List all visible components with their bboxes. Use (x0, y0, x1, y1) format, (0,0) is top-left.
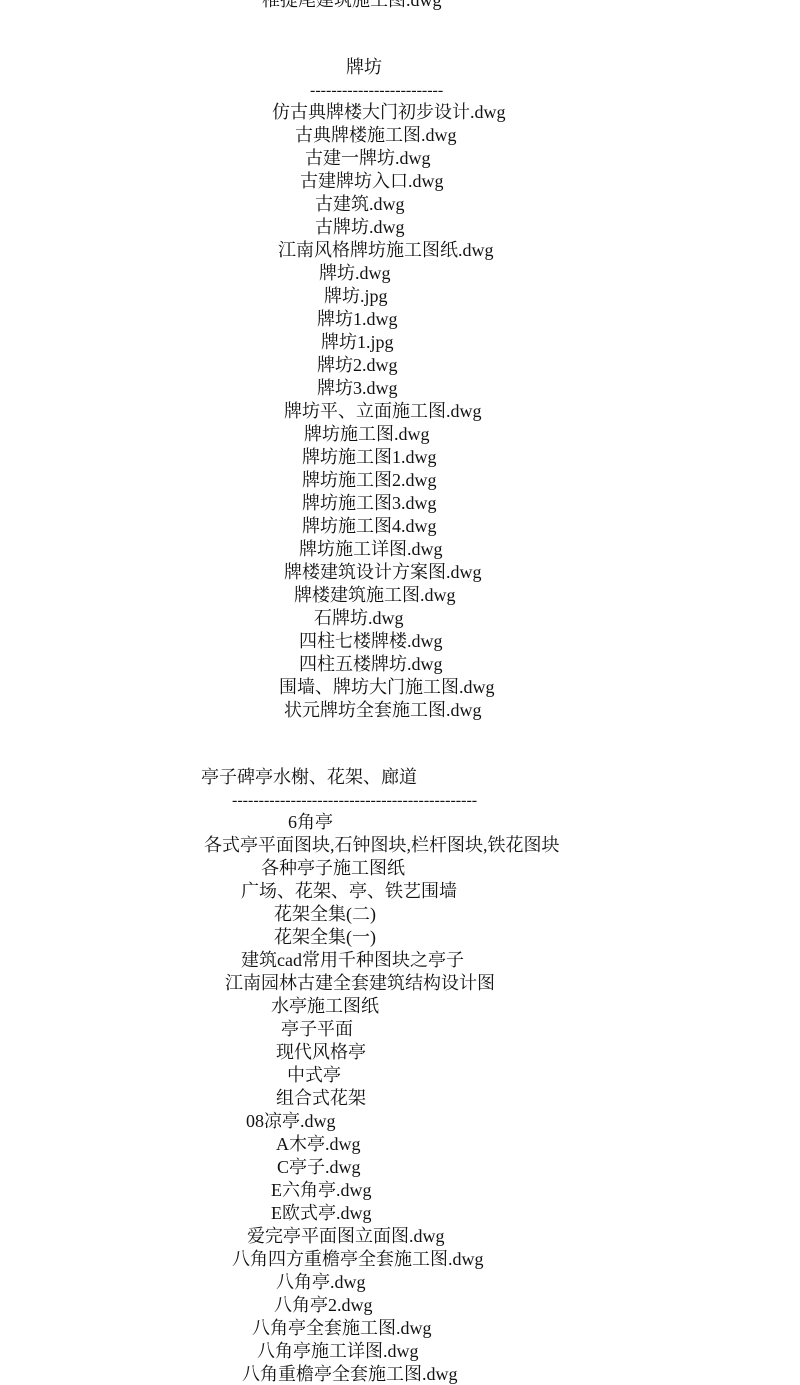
file-item: 牌坊1.jpg (321, 331, 394, 354)
file-item: 八角亭2.dwg (274, 1294, 373, 1317)
file-item: 古建牌坊入口.dwg (300, 170, 444, 193)
file-item: 牌坊施工详图.dwg (299, 538, 443, 561)
file-item: 江南风格牌坊施工图纸.dwg (278, 239, 494, 262)
section-divider: ----------------------------------------… (232, 789, 477, 812)
file-item: C亭子.dwg (277, 1156, 361, 1179)
file-item: 八角四方重檐亭全套施工图.dwg (232, 1248, 484, 1271)
folder-item: 亭子平面 (281, 1018, 353, 1041)
file-item: 牌楼建筑施工图.dwg (294, 584, 456, 607)
file-item: A木亭.dwg (276, 1133, 361, 1156)
file-item: 牌坊平、立面施工图.dwg (284, 400, 482, 423)
folder-item: 各式亭平面图块,石钟图块,栏杆图块,铁花图块 (204, 834, 560, 857)
file-item: 牌坊1.dwg (317, 308, 398, 331)
file-item: 08凉亭.dwg (246, 1110, 336, 1133)
section-title-pavilions: 亭子碑亭水榭、花架、廊道 (201, 766, 417, 789)
folder-item: 建筑cad常用千种图块之亭子 (241, 949, 464, 972)
file-item: 古建筑.dwg (315, 193, 405, 216)
folder-item: 现代风格亭 (276, 1041, 366, 1064)
folder-item: 组合式花架 (276, 1087, 366, 1110)
file-item: 四柱七楼牌楼.dwg (299, 630, 443, 653)
partial-file-item: 椎提尾建筑施工图.dwg (262, 0, 442, 12)
file-item: 八角亭全套施工图.dwg (252, 1317, 432, 1340)
file-item: 四柱五楼牌坊.dwg (299, 653, 443, 676)
file-item: 牌坊2.dwg (317, 354, 398, 377)
file-item: 古典牌楼施工图.dwg (295, 124, 457, 147)
file-item: E欧式亭.dwg (271, 1202, 372, 1225)
folder-item: 各种亭子施工图纸 (261, 857, 405, 880)
file-item: 爱完亭平面图立面图.dwg (247, 1225, 445, 1248)
file-item: 仿古典牌楼大门初步设计.dwg (272, 101, 506, 124)
file-item: 古建一牌坊.dwg (305, 147, 431, 170)
section-divider: ------------------------- (310, 79, 443, 102)
file-item: 牌楼建筑设计方案图.dwg (284, 561, 482, 584)
folder-item: 水亭施工图纸 (271, 995, 379, 1018)
file-item: 牌坊3.dwg (317, 377, 398, 400)
folder-item: 花架全集(一) (274, 926, 376, 949)
file-item: 古牌坊.dwg (315, 216, 405, 239)
file-item: 牌坊.dwg (319, 262, 391, 285)
folder-item: 中式亭 (287, 1064, 341, 1087)
file-item: 牌坊.jpg (324, 285, 388, 308)
file-item: 八角亭.dwg (276, 1271, 366, 1294)
file-item: 八角亭施工详图.dwg (257, 1340, 419, 1363)
file-item: 牌坊施工图1.dwg (302, 446, 437, 469)
file-item: 石牌坊.dwg (314, 607, 404, 630)
file-item: 八角重檐亭全套施工图.dwg (242, 1363, 458, 1385)
section-title-paifang: 牌坊 (346, 56, 382, 79)
file-item: 牌坊施工图.dwg (304, 423, 430, 446)
file-item: 牌坊施工图4.dwg (302, 515, 437, 538)
folder-item: 江南园林古建全套建筑结构设计图 (225, 972, 495, 995)
file-item: 牌坊施工图2.dwg (302, 469, 437, 492)
file-item: 状元牌坊全套施工图.dwg (284, 699, 482, 722)
folder-item: 广场、花架、亭、铁艺围墙 (241, 880, 457, 903)
file-item: 围墙、牌坊大门施工图.dwg (279, 676, 495, 699)
file-item: E六角亭.dwg (271, 1179, 372, 1202)
folder-item: 花架全集(二) (274, 903, 376, 926)
file-item: 牌坊施工图3.dwg (302, 492, 437, 515)
folder-item: 6角亭 (288, 811, 333, 834)
